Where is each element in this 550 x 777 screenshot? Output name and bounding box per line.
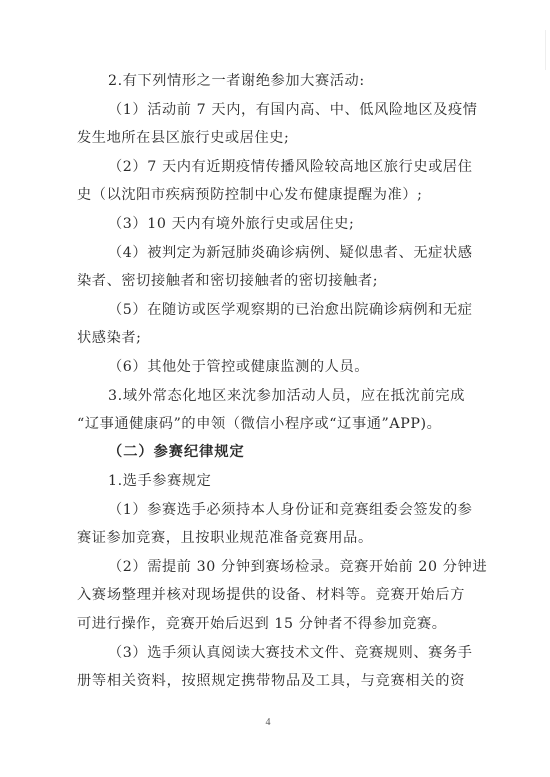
paragraph-line-item2-5a: （5）在随访或医学观察期的已治愈出院确诊病例和无症 bbox=[108, 300, 465, 320]
paragraph-line-item2-intro: 2.有下列情形之一者谢绝参加大赛活动: bbox=[108, 71, 465, 91]
paragraph-line-item2-5b: 状感染者; bbox=[77, 328, 465, 348]
paragraph-line-item2-1a: （1）活动前 7 天内，有国内高、中、低风险地区及疫情 bbox=[108, 100, 465, 120]
paragraph-line-item2-2b: 史（以沈阳市疾病预防控制中心发布健康提醒为准）; bbox=[77, 185, 465, 205]
paragraph-line-item3a: 3.域外常态化地区来沈参加活动人员，应在抵沈前完成 bbox=[108, 386, 465, 406]
paragraph-line-rule2b: 入赛场整理并核对现场提供的设备、材料等。竞赛开始后方 bbox=[77, 585, 465, 605]
subsection-heading-contestant-rules: 1.选手参赛规定 bbox=[108, 471, 465, 491]
paragraph-line-item2-6: （6）其他处于管控或健康监测的人员。 bbox=[108, 357, 465, 377]
paragraph-line-item2-4b: 染者、密切接触者和密切接触者的密切接触者; bbox=[77, 271, 465, 291]
paragraph-line-item2-3: （3）10 天内有境外旅行史或居住史; bbox=[108, 214, 465, 234]
paragraph-line-item2-2a: （2）7 天内有近期疫情传播风险较高地区旅行史或居住 bbox=[108, 157, 465, 177]
paragraph-line-rule1a: （1）参赛选手必须持本人身份证和竞赛组委会签发的参 bbox=[108, 500, 465, 520]
paragraph-line-rule2a: （2）需提前 30 分钟到赛场检录。竞赛开始前 20 分钟进 bbox=[108, 557, 465, 577]
paragraph-line-item2-4a: （4）被判定为新冠肺炎确诊病例、疑似患者、无症状感 bbox=[108, 243, 465, 263]
section-heading-competition-discipline: （二）参赛纪律规定 bbox=[108, 442, 465, 462]
document-page: 2.有下列情形之一者谢绝参加大赛活动: （1）活动前 7 天内，有国内高、中、低… bbox=[0, 0, 550, 777]
page-number: 4 bbox=[262, 717, 274, 728]
paragraph-line-rule2c: 可进行操作，竞赛开始后迟到 15 分钟者不得参加竞赛。 bbox=[77, 614, 465, 634]
paragraph-line-item2-1b: 发生地所在县区旅行史或居住史; bbox=[77, 128, 465, 148]
paragraph-line-rule3a: （3）选手须认真阅读大赛技术文件、竞赛规则、赛务手 bbox=[108, 643, 465, 663]
paragraph-line-rule3b: 册等相关资料，按照规定携带物品及工具，与竞赛相关的资 bbox=[77, 671, 465, 691]
paragraph-line-rule1b: 赛证参加竞赛，且按职业规范准备竞赛用品。 bbox=[77, 528, 465, 548]
page-edge-line bbox=[545, 30, 546, 70]
paragraph-line-item3b: “辽事通健康码”的申领（微信小程序或“辽事通”APP)。 bbox=[77, 414, 465, 434]
